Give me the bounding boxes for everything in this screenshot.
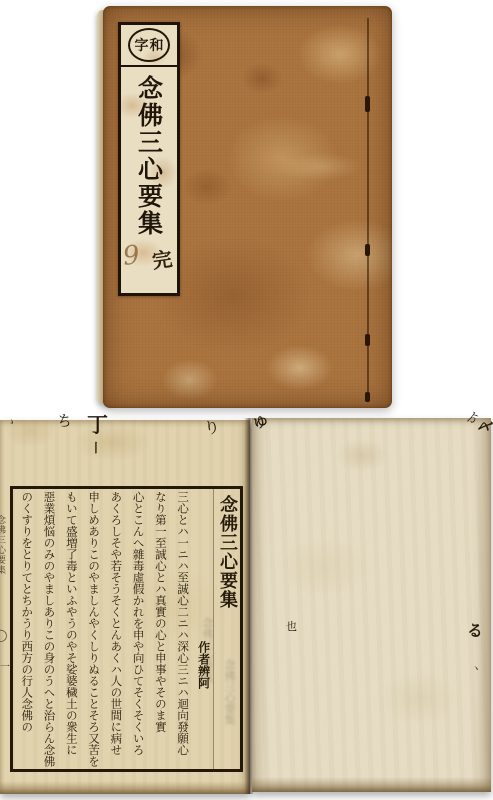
ink-mark: 丨 bbox=[90, 442, 102, 454]
waji-script-badge: 和 字 bbox=[128, 28, 170, 62]
ink-mark: ゝ bbox=[5, 417, 18, 430]
title-slip: 和 字 念佛三心要集 完 9 bbox=[118, 22, 180, 296]
cover-board: 和 字 念佛三心要集 完 9 bbox=[103, 6, 392, 408]
binding-stitch bbox=[365, 244, 370, 256]
text-column: 心とこんへ雜毒虛假かれを申や向ひてそくそくいろ bbox=[124, 489, 146, 769]
page-heading: 念佛三心要集 bbox=[213, 489, 240, 769]
text-block: 念佛三心要集 作者辨阿 三心とハ一ニハ至誠心二ニハ深心三ニハ迴向發願心 なり第一… bbox=[10, 486, 243, 772]
ink-mark: ち bbox=[56, 413, 74, 431]
text-column: あくろしそや若そうそくとんあくハ人の世間に病せ bbox=[102, 489, 124, 769]
pillar-title: 念佛三心要集 bbox=[0, 515, 7, 575]
right-page-blank: ゆ ゟ 〆 也 る ヽ bbox=[252, 418, 491, 792]
binding-stitch bbox=[365, 334, 370, 346]
author-line: 作者辨阿 bbox=[191, 489, 212, 769]
ink-mark: り bbox=[203, 419, 222, 438]
ink-mark: 也 bbox=[286, 621, 297, 632]
closed-cover-photo: 和 字 念佛三心要集 完 9 bbox=[97, 6, 392, 408]
binding-stitch bbox=[365, 392, 370, 402]
ink-mark: ヽ bbox=[471, 665, 481, 675]
left-page: ゝ ち 丁 丨 り 念佛三心要集 作者辨阿 三心とハ一ニハ至誠心二ニハ深心三ニハ… bbox=[0, 420, 250, 794]
badge-char: 和 bbox=[150, 35, 164, 55]
slip-title: 念佛三心要集 bbox=[137, 75, 162, 237]
text-column: 三心とハ一ニハ至誠心二ニハ深心三ニハ迴向發願心 bbox=[169, 489, 191, 769]
slip-top-compartment: 和 字 bbox=[121, 25, 177, 67]
book-photographs: 和 字 念佛三心要集 完 9 ゝ ち 丁 丨 り 念佛三心要集 作者辨阿 三心と bbox=[0, 0, 493, 800]
edge-ring-mark: ◯ bbox=[0, 628, 7, 642]
handwritten-number: 9 bbox=[121, 240, 141, 272]
open-spread-photo: ゝ ち 丁 丨 り 念佛三心要集 作者辨阿 三心とハ一ニハ至誠心二ニハ深心三ニハ… bbox=[0, 418, 493, 796]
text-column: 惡業煩悩のみのやましありこの身のうへと治らん念佛 bbox=[35, 489, 57, 769]
text-column: もいて盛増了毒といふやうのやそ娑婆穢土の衆生に bbox=[58, 489, 80, 769]
ink-mark: ゆ bbox=[252, 414, 269, 431]
page-number: 一 bbox=[0, 658, 10, 673]
volume-end-mark: 完 bbox=[150, 243, 174, 275]
ink-mark: 丁 bbox=[87, 414, 108, 435]
text-column: 申しめありこのやましんやくしりぬることそろ又苦を bbox=[80, 489, 102, 769]
text-column: のくすりをとりてとちかうり西方の行人念佛の bbox=[13, 489, 35, 769]
badge-char: 字 bbox=[135, 35, 149, 55]
text-column: なり第一至誠心とハ真實の心と申事やそのま實 bbox=[147, 489, 169, 769]
ink-blot: る bbox=[466, 622, 484, 640]
binding-stitch bbox=[365, 96, 370, 112]
